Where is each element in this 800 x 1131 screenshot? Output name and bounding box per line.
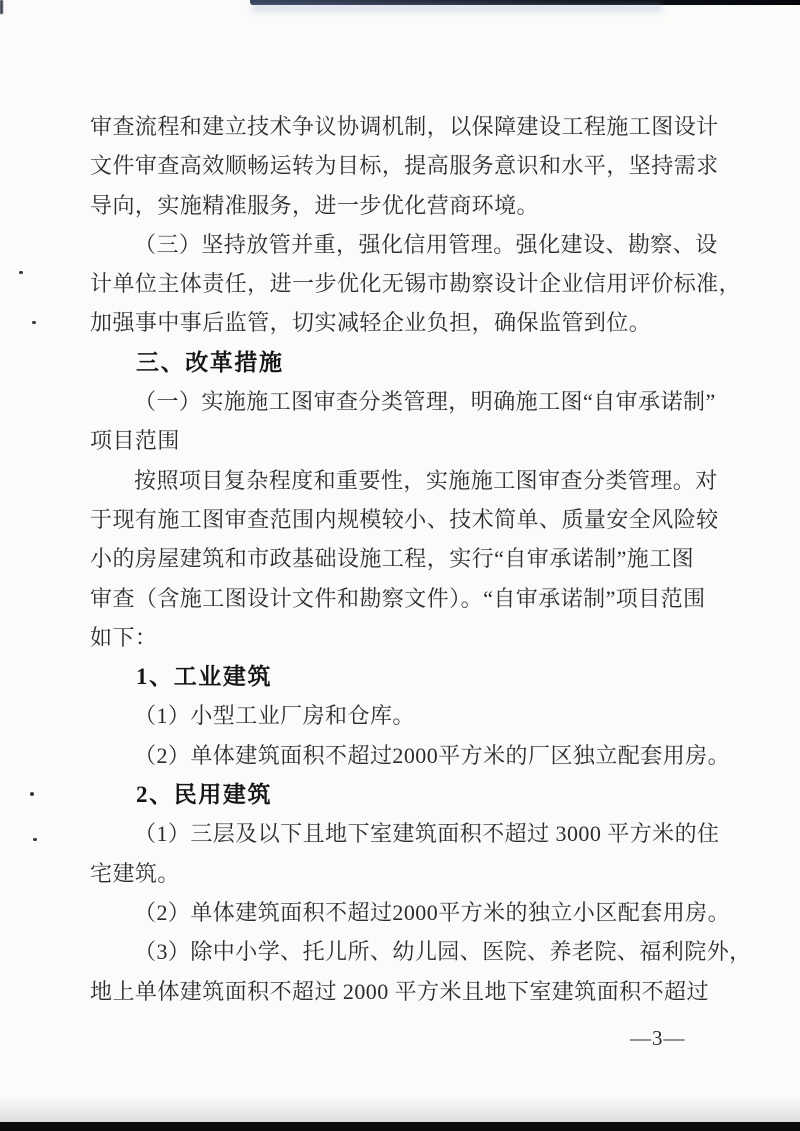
section-heading: 三、改革措施 — [90, 343, 726, 382]
document-line: 审查（含施工图设计文件和勘察文件）。“自审承诺制”项目范围 — [90, 579, 726, 618]
document-line: 项目范围 — [90, 421, 726, 460]
document-line: （2）单体建筑面积不超过2000平方米的独立小区配套用房。 — [90, 893, 726, 932]
document-line: 宅建筑。 — [90, 854, 726, 893]
document-line: （1）小型工业厂房和仓库。 — [90, 696, 726, 735]
scan-speck — [30, 792, 34, 796]
document-line: 地上单体建筑面积不超过 2000 平方米且地下室建筑面积不超过 — [90, 972, 726, 1011]
document-line: （1）三层及以下且地下室建筑面积不超过 3000 平方米的住 — [90, 814, 726, 853]
scan-edge-bottom — [0, 1122, 800, 1131]
document-line: （3）除中小学、托儿所、幼儿园、医院、养老院、福利院外， — [90, 932, 726, 971]
scan-speck — [19, 271, 23, 274]
document-page: 审查流程和建立技术争议协调机制，以保障建设工程施工图设计文件审查高效顺畅运转为目… — [0, 0, 800, 1131]
scan-speck — [33, 838, 37, 841]
document-line: 导向，实施精准服务，进一步优化营商环境。 — [90, 186, 726, 225]
document-line: 加强事中事后监管，切实减轻企业负担，确保监管到位。 — [90, 303, 726, 342]
document-line: 文件审查高效顺畅运转为目标，提高服务意识和水平，坚持需求 — [90, 146, 726, 185]
document-line: 于现有施工图审查范围内规模较小、技术简单、质量安全风险较 — [90, 500, 726, 539]
page-number: —3— — [630, 1026, 686, 1051]
scan-shadow-bottom — [0, 1096, 800, 1122]
document-line: 审查流程和建立技术争议协调机制，以保障建设工程施工图设计 — [90, 107, 726, 146]
section-heading: 2、民用建筑 — [90, 775, 726, 814]
document-line: 按照项目复杂程度和重要性，实施施工图审查分类管理。对 — [90, 461, 726, 500]
document-line: （一）实施施工图审查分类管理，明确施工图“自审承诺制” — [90, 382, 726, 421]
document-line: 计单位主体责任，进一步优化无锡市勘察设计企业信用评价标准， — [90, 264, 726, 303]
section-heading: 1、工业建筑 — [90, 657, 726, 696]
document-line: 小的房屋建筑和市政基础设施工程，实行“自审承诺制”施工图 — [90, 539, 726, 578]
scan-speck — [32, 321, 36, 324]
scan-corner-mark — [0, 0, 3, 14]
document-line: 如下： — [90, 618, 726, 657]
document-line: （2）单体建筑面积不超过2000平方米的厂区独立配套用房。 — [90, 736, 726, 775]
document-line: （三）坚持放管并重，强化信用管理。强化建设、勘察、设 — [90, 225, 726, 264]
document-body: 审查流程和建立技术争议协调机制，以保障建设工程施工图设计文件审查高效顺畅运转为目… — [90, 0, 726, 1011]
